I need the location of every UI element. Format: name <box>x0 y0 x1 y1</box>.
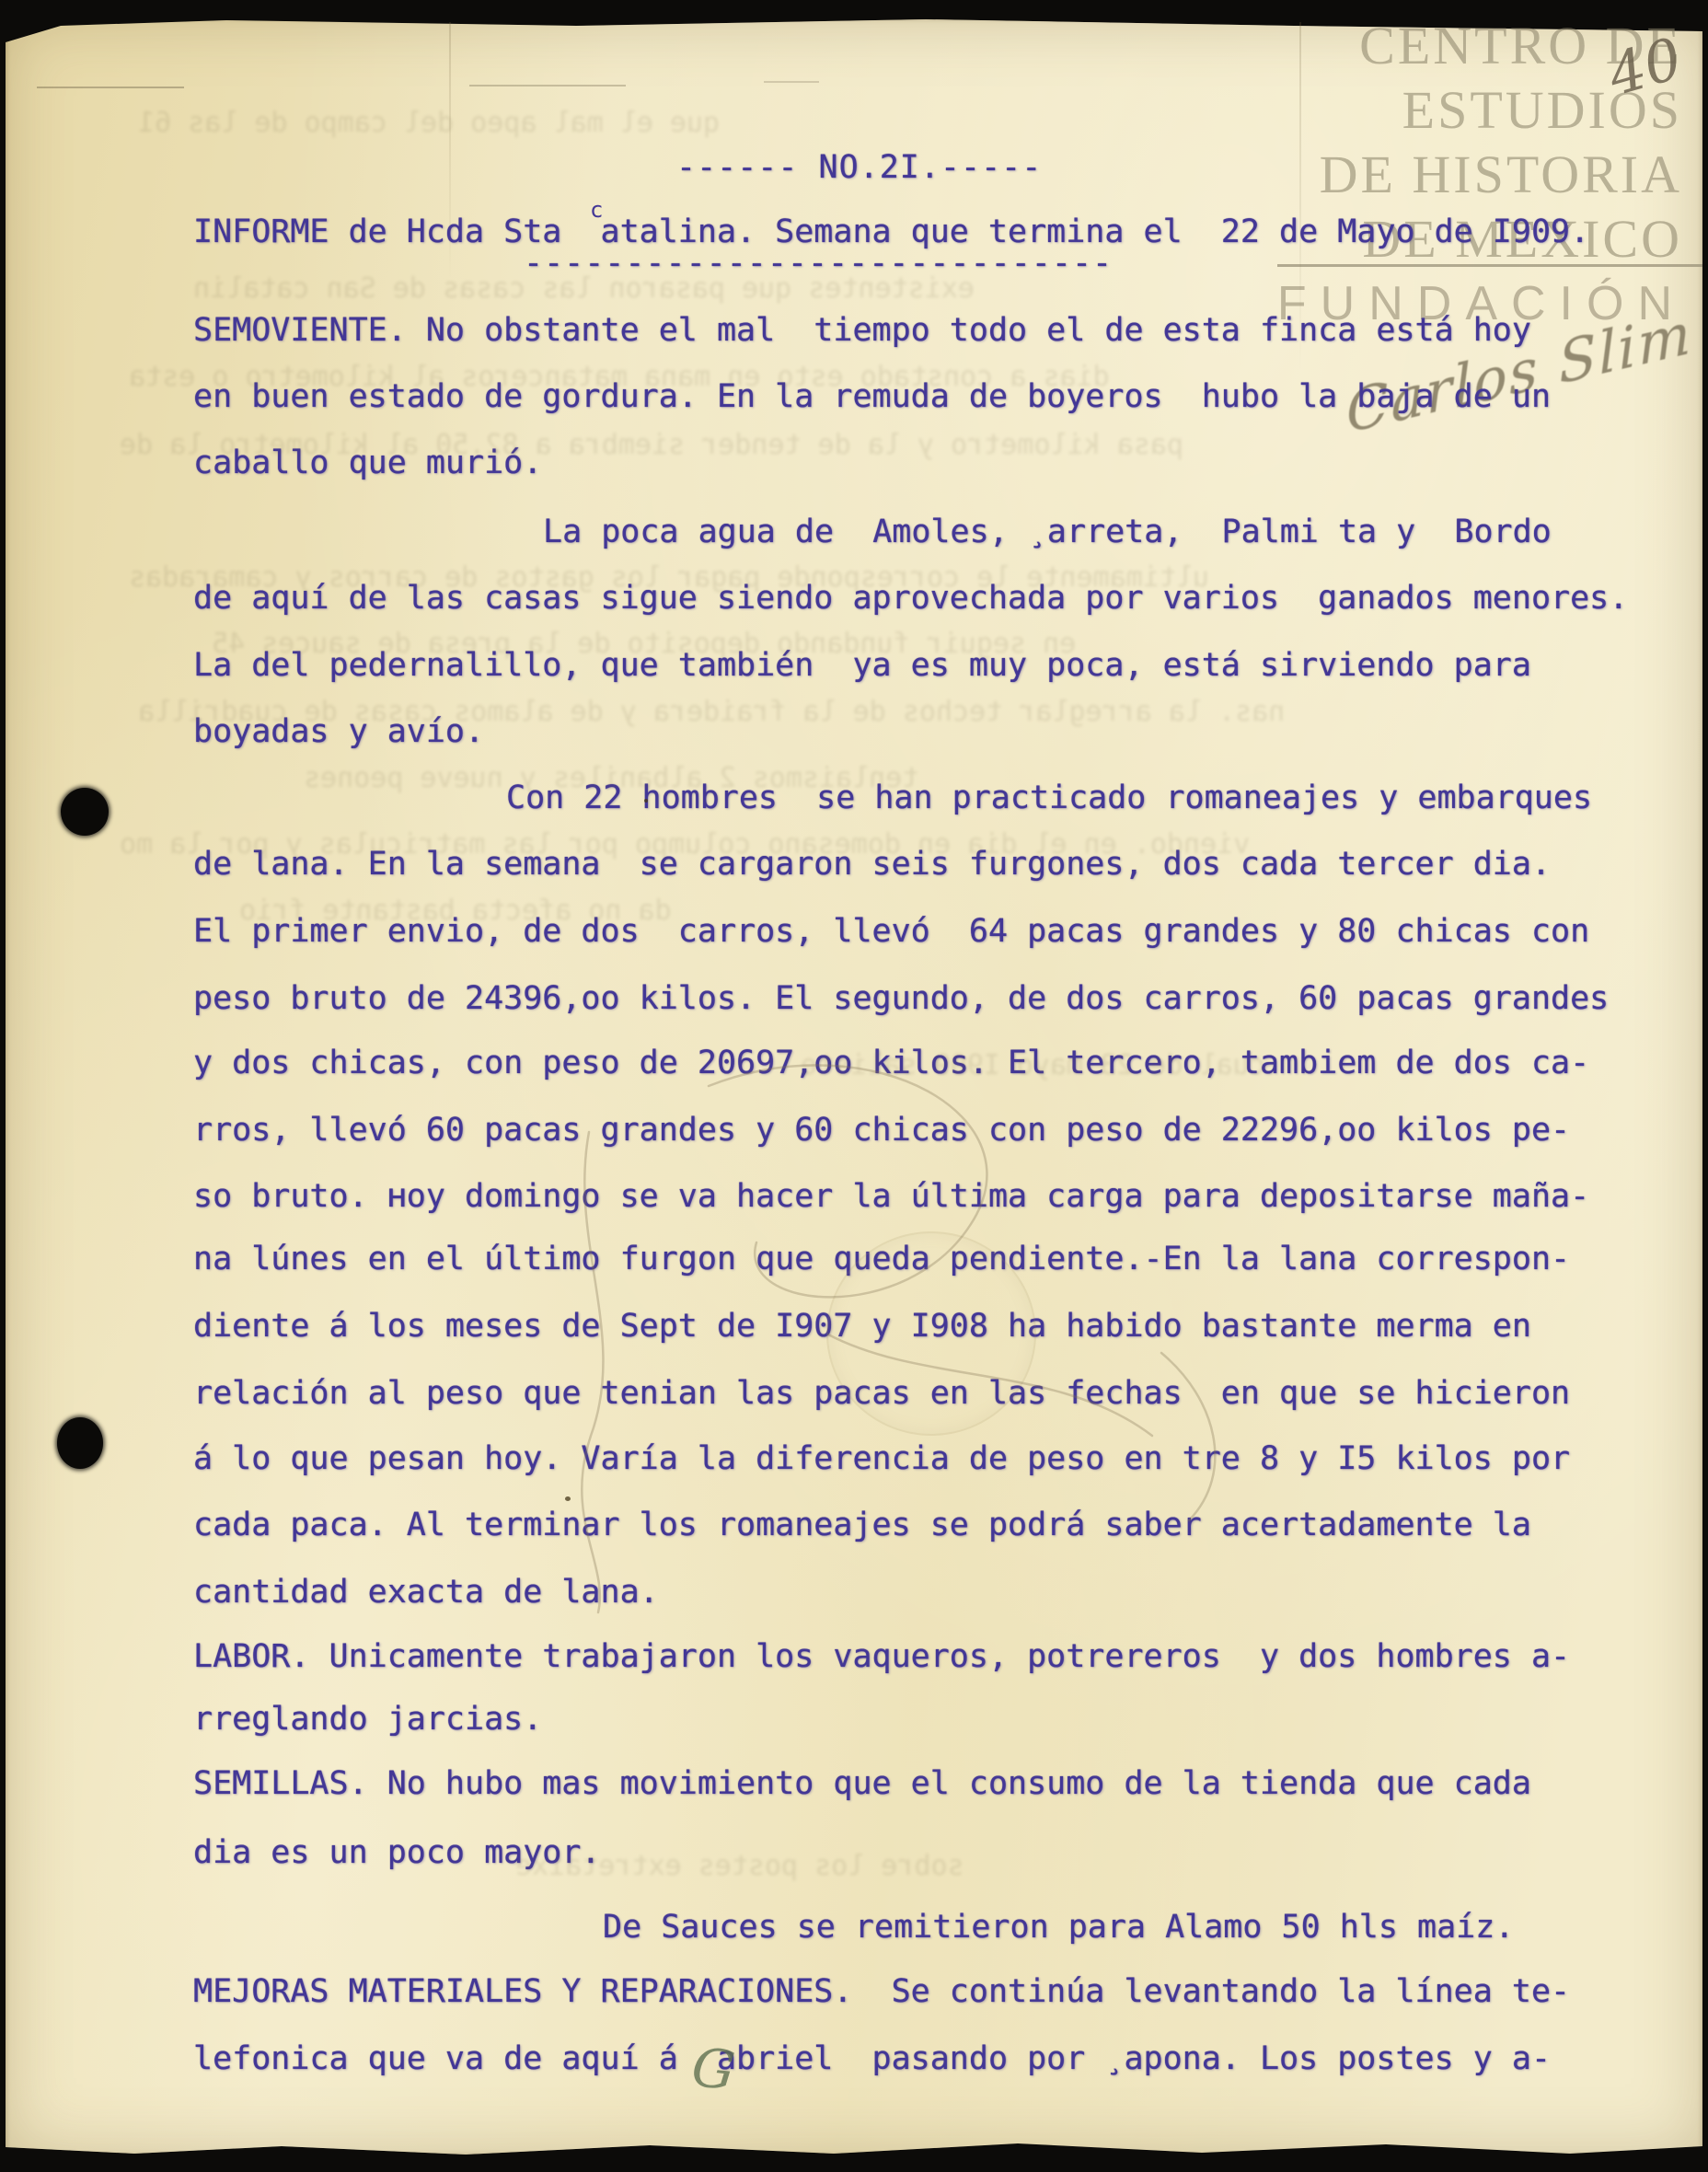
page-content: CENTRO DE ESTUDIOS DE HISTORIA DE MEXICO… <box>0 0 1708 2172</box>
scanned-document-page: CENTRO DE ESTUDIOS DE HISTORIA DE MEXICO… <box>0 0 1708 2172</box>
pencil-scribble <box>0 0 1708 2172</box>
